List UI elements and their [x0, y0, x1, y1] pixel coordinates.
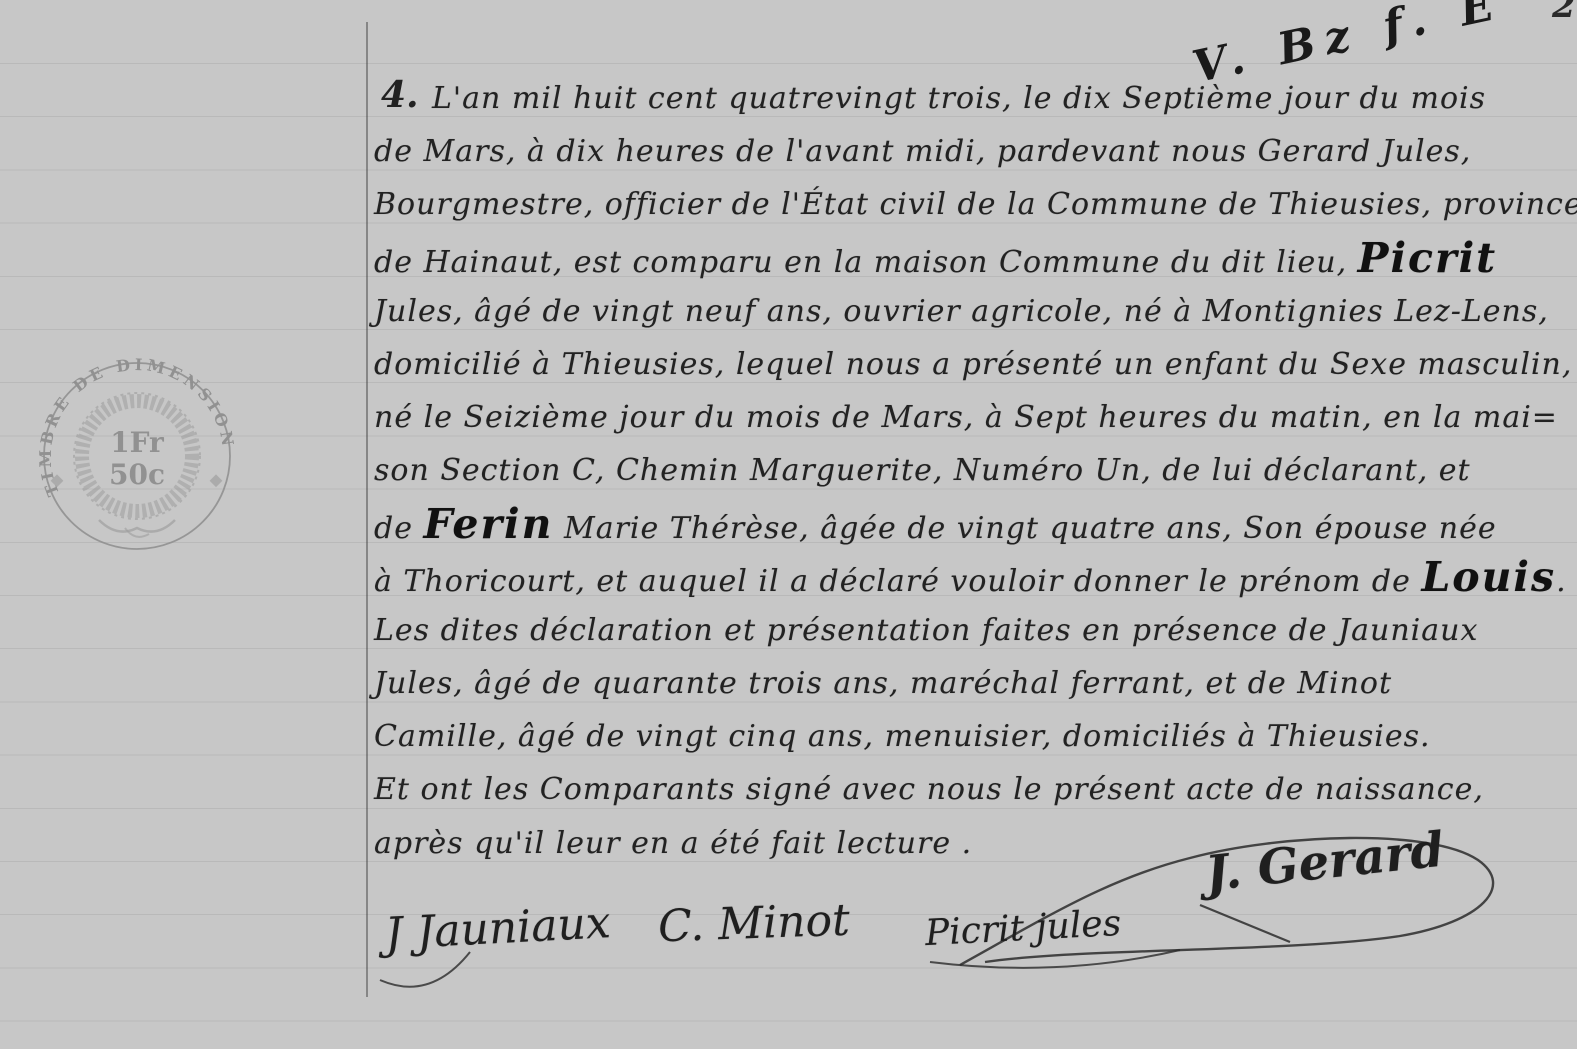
act-line-text: après qu'il leur en a été fait lecture .: [374, 826, 972, 861]
act-text-block: L'an mil huit cent quatrevingt trois, le…: [374, 72, 1564, 870]
act-line-text: Les dites déclaration et présentation fa…: [374, 613, 1478, 648]
act-line-text: Et ont les Comparants signé avec nous le…: [374, 772, 1484, 807]
act-line-text: Bourgmestre, officier de l'État civil de…: [374, 187, 1577, 222]
act-line-text: Marie Thérèse, âgée de vingt quatre ans,…: [553, 511, 1496, 546]
act-line-11: Les dites déclaration et présentation fa…: [374, 604, 1564, 657]
child-firstname-louis: Louis: [1421, 553, 1556, 601]
mother-surname-ferin: Ferin: [424, 500, 554, 548]
margin-rule-line: [366, 22, 368, 997]
declarant-signature-picrit: Picrit jules: [924, 903, 1122, 954]
officer-signature-cross: [1200, 905, 1290, 942]
scanned-birth-record-page: { "page": { "corner_number": "2", "recor…: [0, 0, 1577, 1049]
act-line-text: Camille, âgé de vingt cinq ans, menuisie…: [374, 719, 1431, 754]
page-number: 2: [1552, 0, 1576, 26]
act-line-4: de Hainaut, est comparu en la maison Com…: [374, 232, 1564, 285]
declarant-signature-underline: [930, 950, 1180, 968]
act-line-12: Jules, âgé de quarante trois ans, maréch…: [374, 657, 1564, 710]
act-line-text: de: [374, 511, 424, 546]
act-line-9: de Ferin Marie Thérèse, âgée de vingt qu…: [374, 498, 1564, 551]
act-line-2: de Mars, à dix heures de l'avant midi, p…: [374, 125, 1564, 178]
stamp-value-bottom: 50c: [109, 458, 165, 491]
act-line-7: né le Seizième jour du mois de Mars, à S…: [374, 391, 1564, 444]
stamp-right-ornament: [210, 474, 223, 487]
act-line-10: à Thoricourt, et auquel il a déclaré vou…: [374, 551, 1564, 604]
act-line-text: L'an mil huit cent quatrevingt trois, le…: [432, 81, 1486, 116]
act-line-text: de Hainaut, est comparu en la maison Com…: [374, 245, 1358, 280]
act-line-1: L'an mil huit cent quatrevingt trois, le…: [374, 72, 1564, 125]
witness-signature-minot: C. Minot: [657, 895, 850, 953]
stamp-ribbon: [99, 520, 175, 532]
act-line-13: Camille, âgé de vingt cinq ans, menuisie…: [374, 710, 1564, 763]
act-line-6: domicilié à Thieusies, lequel nous a pré…: [374, 338, 1564, 391]
act-line-text: domicilié à Thieusies, lequel nous a pré…: [374, 347, 1572, 382]
revenue-stamp: TIMBRE DE DIMENSION 1Fr 50c: [37, 352, 237, 564]
act-line-text: né le Seizième jour du mois de Mars, à S…: [374, 400, 1558, 435]
witness-signature-jauniaux: J Jauniaux: [384, 897, 612, 960]
act-line-text: Jules, âgé de quarante trois ans, maréch…: [374, 666, 1392, 701]
act-line-text: son Section C, Chemin Marguerite, Numéro…: [374, 453, 1471, 488]
act-line-5: Jules, âgé de vingt neuf ans, ouvrier ag…: [374, 285, 1564, 338]
act-line-8: son Section C, Chemin Marguerite, Numéro…: [374, 444, 1564, 497]
father-surname-picrit: Picrit: [1358, 234, 1497, 282]
act-line-text: à Thoricourt, et auquel il a déclaré vou…: [374, 564, 1421, 599]
act-line-3: Bourgmestre, officier de l'État civil de…: [374, 178, 1564, 231]
stamp-value-top: 1Fr: [110, 426, 165, 459]
act-line-text: .: [1556, 564, 1567, 599]
act-line-14: Et ont les Comparants signé avec nous le…: [374, 763, 1564, 816]
act-line-text: de Mars, à dix heures de l'avant midi, p…: [374, 134, 1471, 169]
act-line-text: Jules, âgé de vingt neuf ans, ouvrier ag…: [374, 294, 1549, 329]
